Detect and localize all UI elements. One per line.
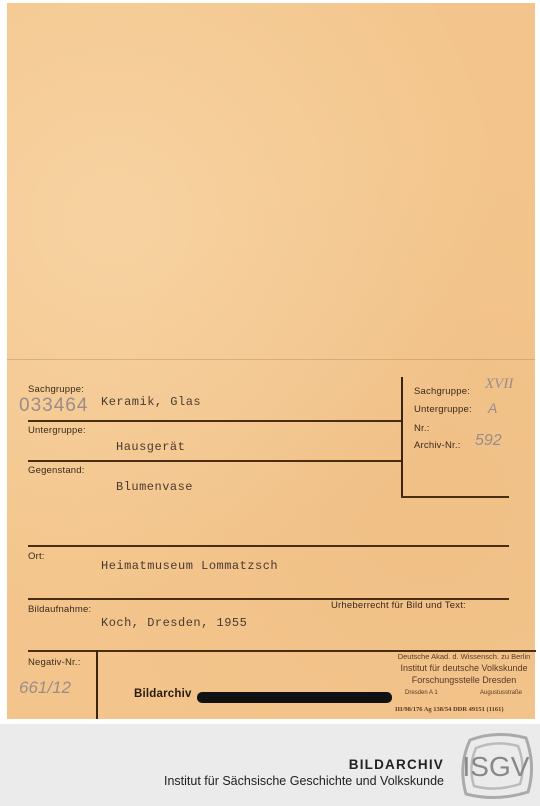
right-nr-label: Nr.: [414,423,430,434]
right-archiv-nr-label: Archiv-Nr.: [414,440,461,451]
stamp-street: Augustusstraße [480,690,522,698]
negativ-value: 661/12 [19,678,71,698]
logo-text: ISGV [463,751,530,782]
divider [28,420,401,422]
ort-value: Heimatmuseum Lommatzsch [101,559,278,573]
bildarchiv-label: Bildarchiv [134,688,192,700]
negativ-label: Negativ-Nr.: [28,657,81,668]
sachgruppe-value: Keramik, Glas [101,395,201,409]
stamp-line3: Forschungsstelle Dresden [395,675,533,686]
untergruppe-value: Hausgerät [116,440,185,454]
card-fold-line [7,359,535,360]
stamp-line1: Deutsche Akad. d. Wissensch. zu Berlin [397,652,531,661]
urheberrecht-label: Urheberrecht für Bild und Text: [331,600,466,611]
stamp-line2: Institut für deutsche Volkskunde [395,663,533,674]
right-box-border [401,377,403,498]
right-untergruppe-value: A [488,400,497,416]
right-sachgruppe-label: Sachgruppe: [414,386,470,397]
footer-subtitle: Institut für Sächsische Geschichte und V… [164,774,444,788]
sachgruppe-label: Sachgruppe: [28,384,84,395]
gegenstand-label: Gegenstand: [28,465,85,476]
isgv-logo-icon: ISGV [456,730,536,802]
divider [28,460,401,462]
untergruppe-label: Untergruppe: [28,425,86,436]
right-box-bottom [401,496,509,498]
stamp-city: Dresden A 1 [405,690,438,698]
bildaufnahme-label: Bildaufnahme: [28,604,91,615]
divider [28,545,509,547]
right-sachgruppe-value: XVII [485,376,513,393]
negativ-box-border [96,650,98,719]
ort-label: Ort: [28,551,45,562]
redaction-bar [197,692,392,703]
right-archiv-nr-value: 592 [475,432,502,450]
bildaufnahme-value: Koch, Dresden, 1955 [101,616,247,630]
archive-card: Sachgruppe: 033464 Keramik, Glas Untergr… [7,3,535,719]
gegenstand-value: Blumenvase [116,480,193,494]
catalog-number: 033464 [19,395,88,417]
right-untergruppe-label: Untergruppe: [414,404,472,415]
footer-title: BILDARCHIV [349,757,444,772]
print-code: III/98/176 Ag 138/54 DDR 49151 (1161) [395,706,504,714]
